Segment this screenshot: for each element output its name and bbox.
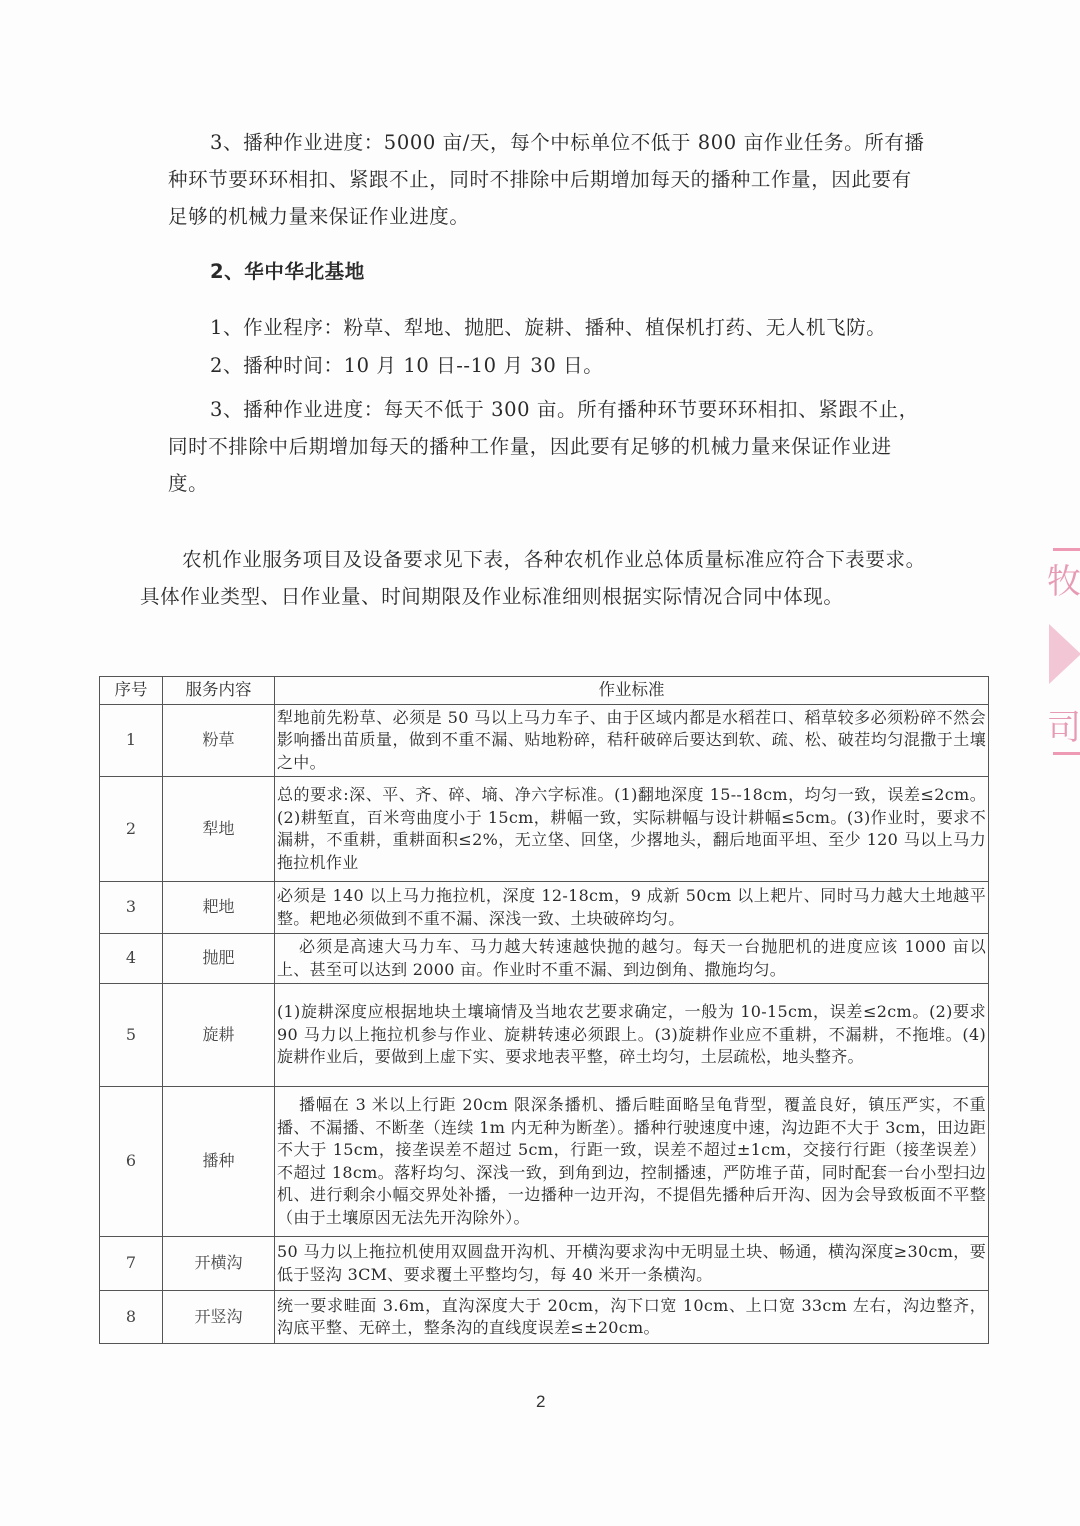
row-no: 6 <box>100 1087 163 1237</box>
paragraph-seeding-progress-2: 3、播种作业进度：每天不低于 300 亩。所有播种环节要环环相扣、紧跟不止，同时… <box>168 391 928 502</box>
row-standard: 总的要求:深、平、齐、碎、墒、净六字标准。(1)翻地深度 15--18cm，均匀… <box>275 777 989 882</box>
row-standard: (1)旋耕深度应根据地块土壤墒情及当地农艺要求确定，一般为 10-15cm，误差… <box>275 984 989 1087</box>
row-no: 2 <box>100 777 163 882</box>
row-no: 4 <box>100 934 163 984</box>
section-heading-huazhong-huabei: 2、华中华北基地 <box>168 253 928 290</box>
row-service: 粉草 <box>163 705 275 777</box>
paragraph-seeding-progress-1: 3、播种作业进度：5000 亩/天，每个中标单位不低于 800 亩作业任务。所有… <box>168 124 928 235</box>
seal-top-bar <box>1053 548 1080 551</box>
row-service: 开横沟 <box>163 1237 275 1291</box>
row-no: 1 <box>100 705 163 777</box>
row-standard: 统一要求畦面 3.6m，直沟深度大于 20cm，沟下口宽 10cm、上口宽 33… <box>275 1291 989 1344</box>
seal-star-icon <box>1049 624 1080 684</box>
header-no: 序号 <box>100 677 163 705</box>
table-row: 5 旋耕 (1)旋耕深度应根据地块土壤墒情及当地农艺要求确定，一般为 10-15… <box>100 984 989 1087</box>
table-row: 3 耙地 必须是 140 以上马力拖拉机，深度 12-18cm，9 成新 50c… <box>100 882 989 934</box>
seal-char-1: 牧 <box>1047 554 1080 603</box>
row-no: 8 <box>100 1291 163 1344</box>
row-standard: 必须是 140 以上马力拖拉机，深度 12-18cm，9 成新 50cm 以上耙… <box>275 882 989 934</box>
row-service: 开竖沟 <box>163 1291 275 1344</box>
table-row: 1 粉草 犁地前先粉草、必须是 50 马以上马力车子、由于区域内都是水稻茬口、稻… <box>100 705 989 777</box>
row-standard: 50 马力以上拖拉机使用双圆盘开沟机、开横沟要求沟中无明显土块、畅通，横沟深度≥… <box>275 1237 989 1291</box>
header-standard: 作业标准 <box>275 677 989 705</box>
table-row: 2 犁地 总的要求:深、平、齐、碎、墒、净六字标准。(1)翻地深度 15--18… <box>100 777 989 882</box>
row-standard: 播幅在 3 米以上行距 20cm 限深条播机、播后畦面略呈龟背型，覆盖良好，镇压… <box>275 1087 989 1237</box>
page-number: 2 <box>536 1392 545 1412</box>
row-standard: 犁地前先粉草、必须是 50 马以上马力车子、由于区域内都是水稻茬口、稻草较多必须… <box>275 705 989 777</box>
paragraph-seeding-time: 2、播种时间：10 月 10 日--10 月 30 日。 <box>168 347 928 384</box>
table-row: 4 抛肥 必须是高速大马力车、马力越大转速越快抛的越匀。每天一台抛肥机的进度应该… <box>100 934 989 984</box>
header-service: 服务内容 <box>163 677 275 705</box>
row-standard: 必须是高速大马力车、马力越大转速越快抛的越匀。每天一台抛肥机的进度应该 1000… <box>275 934 989 984</box>
table-row: 7 开横沟 50 马力以上拖拉机使用双圆盘开沟机、开横沟要求沟中无明显土块、畅通… <box>100 1237 989 1291</box>
paragraph-work-procedure: 1、作业程序：粉草、犁地、抛肥、旋耕、播种、植保机打药、无人机飞防。 <box>168 309 928 346</box>
work-standards-table: 序号 服务内容 作业标准 1 粉草 犁地前先粉草、必须是 50 马以上马力车子、… <box>99 676 989 1344</box>
red-seal-stamp: 牧 司 <box>1045 548 1080 758</box>
seal-char-2: 司 <box>1047 700 1080 749</box>
seal-bottom-bar <box>1053 752 1080 755</box>
table-row: 8 开竖沟 统一要求畦面 3.6m，直沟深度大于 20cm，沟下口宽 10cm、… <box>100 1291 989 1344</box>
row-service: 播种 <box>163 1087 275 1237</box>
table-header-row: 序号 服务内容 作业标准 <box>100 677 989 705</box>
row-service: 犁地 <box>163 777 275 882</box>
row-service: 旋耕 <box>163 984 275 1087</box>
row-no: 5 <box>100 984 163 1087</box>
table-row: 6 播种 播幅在 3 米以上行距 20cm 限深条播机、播后畦面略呈龟背型，覆盖… <box>100 1087 989 1237</box>
row-service: 耙地 <box>163 882 275 934</box>
row-no: 3 <box>100 882 163 934</box>
row-no: 7 <box>100 1237 163 1291</box>
paragraph-table-intro: 农机作业服务项目及设备要求见下表，各种农机作业总体质量标准应符合下表要求。具体作… <box>140 541 940 615</box>
row-service: 抛肥 <box>163 934 275 984</box>
